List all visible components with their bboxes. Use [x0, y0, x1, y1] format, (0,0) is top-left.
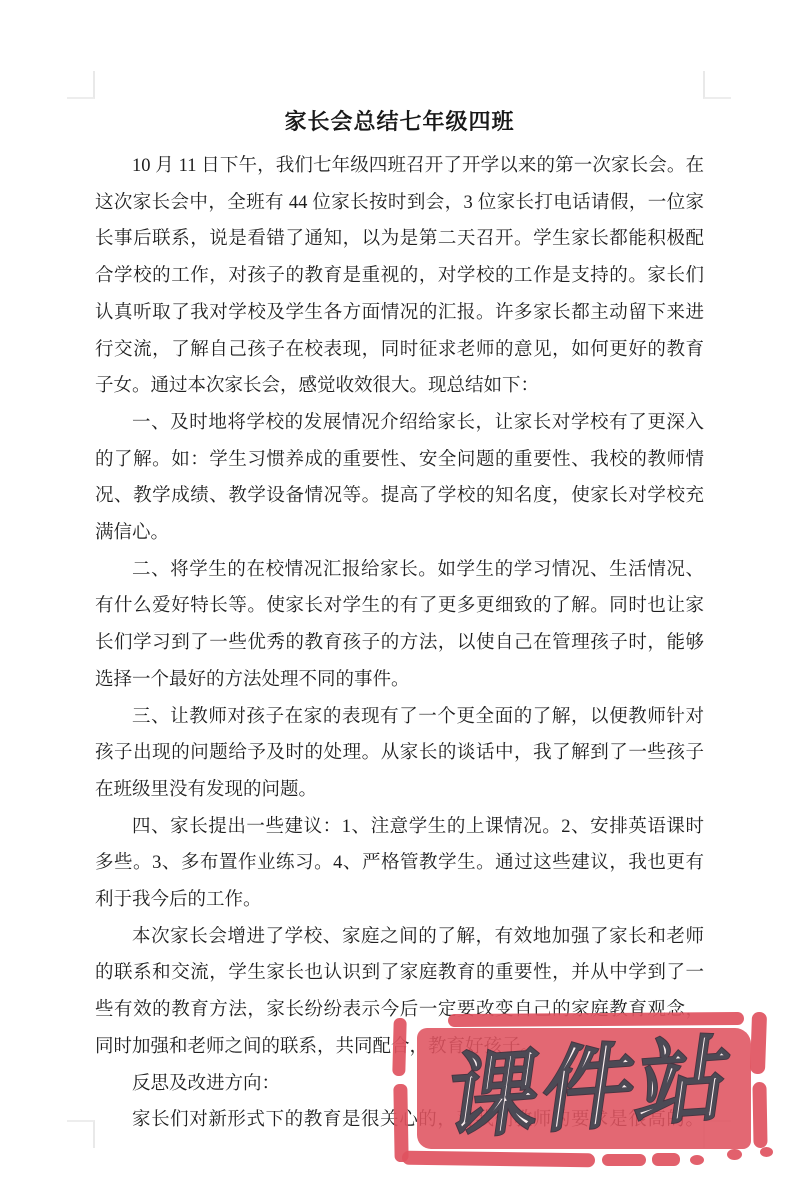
stamp-frame-bottom-dash-2	[602, 1154, 646, 1166]
stamp-frame-right-dot	[760, 1147, 773, 1157]
text-boundary-mark-bottom-left	[67, 1120, 95, 1148]
stamp-frame-right-lower	[752, 1082, 767, 1148]
stamp-frame-bottom-dot-1	[690, 1155, 704, 1165]
paragraph-point-1: 一、及时地将学校的发展情况介绍给家长，让家长对学校有了更深入的了解。如：学生习惯…	[95, 405, 704, 552]
paragraph-reflection-body: 家长们对新形式下的教育是很关心的，对我们教师的要求是很高的。我们做	[95, 1102, 704, 1140]
text-boundary-mark-top-right	[703, 71, 731, 99]
paragraph-point-2: 二、将学生的在校情况汇报给家长。如学生的学习情况、生活情况、有什么爱好特长等。使…	[95, 552, 704, 699]
stamp-frame-bottom-dash-3	[652, 1153, 680, 1166]
text-boundary-mark-top-left	[67, 71, 95, 99]
stamp-frame-bottom-dot-2	[727, 1149, 742, 1160]
document-title: 家长会总结七年级四班	[95, 104, 704, 140]
document-body: 10 月 11 日下午，我们七年级四班召开了开学以来的第一次家长会。在这次家长会…	[95, 148, 704, 1140]
paragraph-summary: 本次家长会增进了学校、家庭之间的了解，有效地加强了家长和老师的联系和交流，学生家…	[95, 919, 704, 1066]
paragraph-point-3: 三、让教师对孩子在家的表现有了一个更全面的了解，以便教师针对孩子出现的问题给予及…	[95, 699, 704, 809]
text-boundary-mark-bottom-right	[703, 1120, 731, 1148]
stamp-frame-right-upper	[750, 1012, 767, 1074]
paragraph-reflection-heading: 反思及改进方向：	[95, 1066, 704, 1103]
document-page: 家长会总结七年级四班 /* title bound below via data…	[0, 0, 800, 1200]
paragraph-intro: 10 月 11 日下午，我们七年级四班召开了开学以来的第一次家长会。在这次家长会…	[95, 148, 704, 405]
paragraph-point-4: 四、家长提出一些建议：1、注意学生的上课情况。2、安排英语课时多些。3、多布置作…	[95, 809, 704, 919]
stamp-frame-bottom-dash-1	[402, 1151, 595, 1168]
